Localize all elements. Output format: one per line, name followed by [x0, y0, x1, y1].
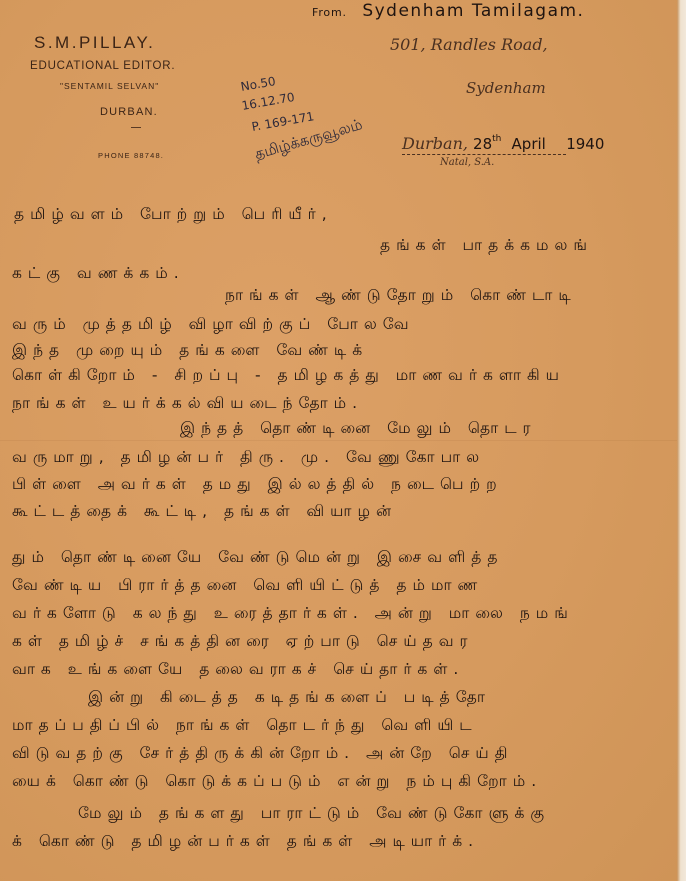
date-year: 1940 — [566, 135, 604, 153]
from-label: From. — [312, 6, 347, 19]
body-line: தும் தொண்டினையே வேண்டுமென்று இசைவளித்த — [12, 548, 503, 568]
letterhead-divider — [131, 127, 141, 128]
body-line: கட்கு வணக்கம். — [12, 264, 185, 284]
body-line: வரும் முத்தமிழ் விழாவிற்குப் போலவே — [12, 315, 415, 335]
body-line: தங்கள் பாதக்கமலங் — [380, 236, 593, 256]
body-line: இந்தத் தொண்டினை மேலும் தொடர — [180, 419, 537, 439]
date-region: Natal, S.A. — [440, 157, 494, 168]
body-line: யைக் கொண்டு கொடுக்கப்படும் என்று நம்புகி… — [12, 772, 542, 792]
body-line: இந்த முறையும் தங்களை வேண்டிக் — [12, 341, 368, 361]
letter-page: S.M.PILLAY. EDUCATIONAL EDITOR. "SENTAMI… — [0, 0, 677, 881]
body-line: வேண்டிய பிரார்த்தனை வெளியிட்டுத் தம்மாண — [12, 576, 483, 596]
body-line: கள் தமிழ்ச் சங்கத்தினரை ஏற்பாடு செய்தவர — [12, 632, 474, 652]
body-line: இன்று கிடைத்த கடிதங்களைப் படித்தோ — [88, 688, 491, 708]
date-day-suffix: th — [492, 134, 501, 144]
sender-suburb: Sydenham — [466, 79, 546, 97]
date-place: Durban, — [402, 134, 468, 153]
body-line: மேலும் தங்களது பாராட்டும் வேண்டுகோளுக்கு — [78, 804, 550, 824]
body-line: கூட்டத்தைக் கூட்டி, தங்கள் வியாழன் — [12, 502, 397, 522]
dateline: Durban, 28th April 1940 — [402, 134, 604, 153]
archive-date: 16.12.70 — [241, 90, 296, 113]
scan-edge — [677, 0, 686, 881]
body-line: தமிழ்வளம் போற்றும் பெரியீர், — [14, 205, 333, 225]
body-line: பிள்ளை அவர்கள் தமது இல்லத்தில் நடைபெற்ற — [12, 475, 503, 495]
letterhead-title: EDUCATIONAL EDITOR. — [30, 60, 220, 72]
date-day: 28 — [473, 135, 492, 153]
body-line: வாக உங்களையே தலைவராகச் செய்தார்கள். — [12, 660, 464, 680]
paper-fold — [0, 440, 677, 441]
body-line: நாங்கள் ஆண்டுதோறும் கொண்டாடி — [225, 286, 577, 306]
from-name: Sydenham Tamilagam. — [362, 1, 584, 21]
body-line: மாதப்பதிப்பில் நாங்கள் தொடர்ந்து வெளியிட — [12, 716, 478, 736]
body-line: கொள்கிறோம் - சிறப்பு - தமிழகத்து மாணவர்க… — [12, 366, 565, 386]
letterhead-phone: PHONE 88748. — [98, 151, 164, 160]
archive-number: No.50 — [240, 74, 277, 94]
body-line: க் கொண்டு தமிழன்பர்கள் தங்கள் அடியார்க். — [12, 832, 479, 852]
sender-from: From. Sydenham Tamilagam. — [312, 1, 584, 21]
body-line: வர்களோடு கலந்து உரைத்தார்கள். அன்று மாலை… — [12, 604, 574, 624]
sender-street: 501, Randles Road, — [390, 35, 548, 54]
body-line: நாங்கள் உயர்க்கல்வியடைந்தோம். — [12, 394, 363, 414]
body-line: விடுவதற்கு சேர்த்திருக்கின்றோம். அன்றே ச… — [12, 744, 513, 764]
letterhead-name: S.M.PILLAY. — [34, 33, 234, 53]
letterhead-publication: "SENTAMIL SELVAN" — [60, 81, 200, 91]
date-month: April — [512, 135, 546, 153]
body-line: வருமாறு, தமிழன்பர் திரு. மு. வேணுகோபால — [12, 448, 485, 468]
letterhead-city: DURBAN. — [100, 106, 158, 118]
